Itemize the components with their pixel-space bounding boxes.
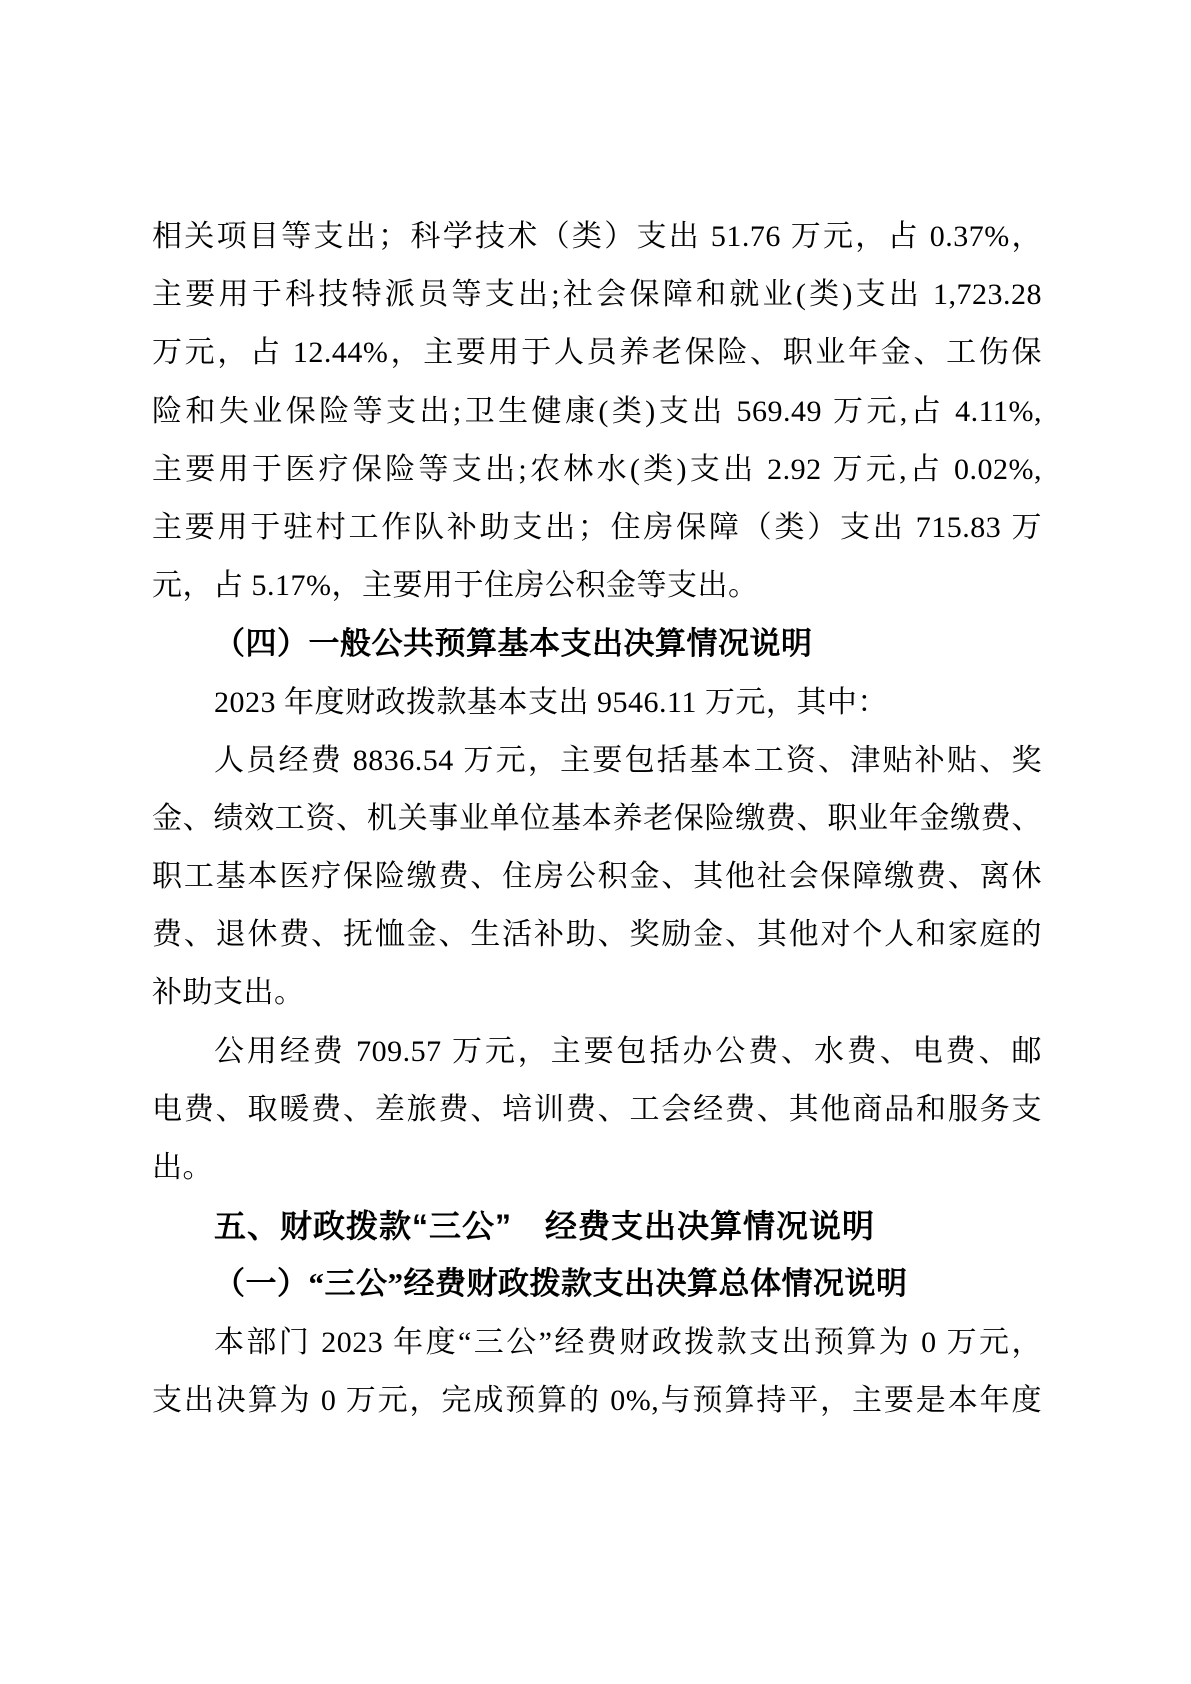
text-line: 出。: [152, 1139, 1042, 1197]
text-line: 主要用于科技特派员等支出;社会保障和就业(类)支出 1,723.28: [152, 266, 1042, 324]
text-line: 支出决算为 0 万元，完成预算的 0%,与预算持平，主要是本年度: [152, 1372, 1042, 1430]
text-line: 万元，占 12.44%，主要用于人员养老保险、职业年金、工伤保: [152, 324, 1042, 382]
text-line: 公用经费 709.57 万元，主要包括办公费、水费、电费、邮: [152, 1023, 1042, 1081]
text-line: 人员经费 8836.54 万元，主要包括基本工资、津贴补贴、奖: [152, 732, 1042, 790]
heading-section-four: （四）一般公共预算基本支出决算情况说明: [152, 615, 1042, 673]
text-line: 险和失业保险等支出;卫生健康(类)支出 569.49 万元,占 4.11%,: [152, 383, 1042, 441]
document-page: 相关项目等支出；科学技术（类）支出 51.76 万元，占 0.37%， 主要用于…: [0, 0, 1191, 1684]
text-line: 费、退休费、抚恤金、生活补助、奖励金、其他对个人和家庭的: [152, 906, 1042, 964]
text-line: 电费、取暖费、差旅费、培训费、工会经费、其他商品和服务支: [152, 1081, 1042, 1139]
text-line: 元，占 5.17%，主要用于住房公积金等支出。: [152, 557, 1042, 615]
text-line: 相关项目等支出；科学技术（类）支出 51.76 万元，占 0.37%，: [152, 208, 1042, 266]
document-body: 相关项目等支出；科学技术（类）支出 51.76 万元，占 0.37%， 主要用于…: [152, 208, 1042, 1430]
text-line: 职工基本医疗保险缴费、住房公积金、其他社会保障缴费、离休: [152, 848, 1042, 906]
text-line: 补助支出。: [152, 964, 1042, 1022]
heading-subsection-one: （一）“三公”经费财政拨款支出决算总体情况说明: [152, 1255, 1042, 1313]
text-line: 金、绩效工资、机关事业单位基本养老保险缴费、职业年金缴费、: [152, 790, 1042, 848]
text-line: 本部门 2023 年度“三公”经费财政拨款支出预算为 0 万元，: [152, 1314, 1042, 1372]
text-line: 主要用于驻村工作队补助支出；住房保障（类）支出 715.83 万: [152, 499, 1042, 557]
heading-section-five: 五、财政拨款“三公” 经费支出决算情况说明: [152, 1197, 1042, 1255]
text-line: 2023 年度财政拨款基本支出 9546.11 万元，其中：: [152, 674, 1042, 732]
text-line: 主要用于医疗保险等支出;农林水(类)支出 2.92 万元,占 0.02%,: [152, 441, 1042, 499]
